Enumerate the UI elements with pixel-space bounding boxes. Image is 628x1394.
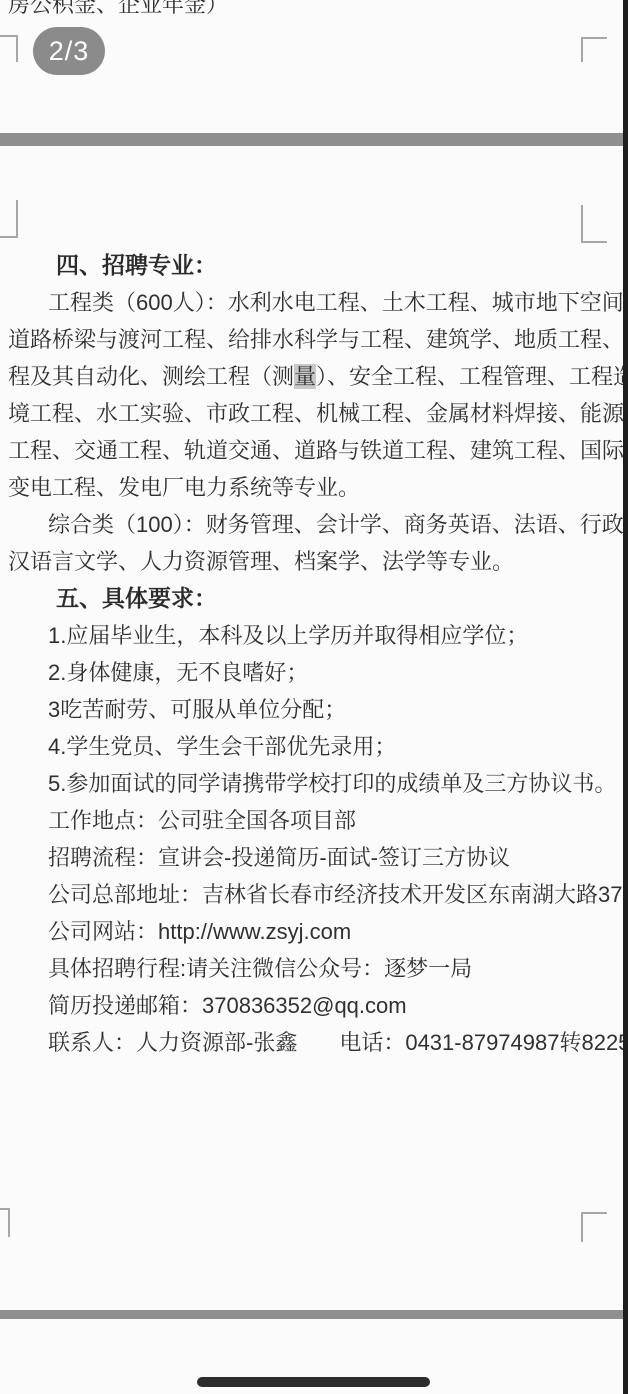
engineering-line3-pre: 程及其自动化、测绘工程（测 (8, 364, 294, 389)
margin-mark-page1-bottom-left-icon (0, 35, 18, 62)
margin-mark-page2-top-right-icon (581, 205, 607, 243)
engineering-paragraph-line: 境工程、水工实验、市政工程、机械工程、金属材料焊接、能源与动力 (0, 395, 628, 432)
engineering-paragraph-line: 道路桥梁与渡河工程、给排水科学与工程、建筑学、地质工程、电气工 (0, 321, 628, 358)
requirement-item: 4.学生党员、学生会干部优先录用； (0, 728, 628, 765)
page-indicator-badge: 2/3 (33, 27, 105, 75)
document-page: 四、招聘专业： 工程类（600人）：水利水电工程、土木工程、城市地下空间工程、 … (0, 247, 628, 1061)
page-separator-top (0, 133, 628, 146)
requirement-item: 5.参加面试的同学请携带学校打印的成绩单及三方协议书。 (0, 765, 628, 802)
requirement-item: 3吃苦耐劳、可服从单位分配； (0, 691, 628, 728)
requirement-item: 1.应届毕业生，本科及以上学历并取得相应学位； (0, 617, 628, 654)
comprehensive-paragraph-line: 汉语言文学、人力资源管理、档案学、法学等专业。 (0, 543, 628, 580)
section-majors-heading: 四、招聘专业： (0, 247, 628, 284)
home-indicator[interactable] (197, 1377, 430, 1387)
requirement-item: 2.身体健康，无不良嗜好； (0, 654, 628, 691)
comprehensive-paragraph-line: 综合类（100）：财务管理、会计学、商务英语、法语、行政管理、 (0, 506, 628, 543)
engineering-paragraph-line: 变电工程、发电厂电力系统等专业。 (0, 469, 628, 506)
page-separator-bottom (0, 1310, 628, 1319)
margin-mark-page2-bottom-right-icon (581, 1212, 607, 1242)
margin-mark-page2-bottom-left-icon (0, 1208, 10, 1237)
info-line-wechat-account: 具体招聘行程:请关注微信公众号：逐梦一局 (0, 950, 628, 987)
engineering-paragraph-line: 工程类（600人）：水利水电工程、土木工程、城市地下空间工程、 (0, 284, 628, 321)
info-line-hq-address: 公司总部地址：吉林省长春市经济技术开发区东南湖大路3799 (0, 876, 628, 913)
section-requirements-heading: 五、具体要求： (0, 580, 628, 617)
engineering-line3-post: ）、安全工程、工程管理、工程造价、环 (316, 364, 628, 389)
info-line-work-location: 工作地点：公司驻全国各项目部 (0, 802, 628, 839)
margin-mark-page1-bottom-right-icon (581, 37, 607, 62)
contact-phone: 电话：0431-87974987转8225 (339, 1024, 628, 1061)
margin-mark-page2-top-left-icon (0, 200, 18, 238)
right-edge-bar (623, 0, 628, 1394)
contact-line: 联系人：人力资源部-张鑫 电话：0431-87974987转8225 (0, 1024, 628, 1061)
info-line-resume-email: 简历投递邮箱：370836352@qq.com (0, 987, 628, 1024)
page-indicator-label: 2/3 (49, 36, 90, 67)
info-line-company-website: 公司网站：http://www.zsyj.com (0, 913, 628, 950)
engineering-line3-highlighted: 量 (294, 364, 316, 389)
engineering-paragraph-line: 程及其自动化、测绘工程（测量）、安全工程、工程管理、工程造价、环 (0, 358, 628, 395)
document-viewer-canvas[interactable]: 房公积金、企业年金） 2/3 四、招聘专业： 工程类（600人）：水利水电工程、… (0, 0, 628, 1394)
engineering-paragraph-line: 工程、交通工程、轨道交通、道路与铁道工程、建筑工程、国际工程、输 (0, 432, 628, 469)
contact-person: 联系人：人力资源部-张鑫 (48, 1024, 297, 1061)
info-line-recruit-process: 招聘流程：宣讲会-投递简历-面试-签订三方协议 (0, 839, 628, 876)
previous-page-clipped-text: 房公积金、企业年金） (8, 0, 228, 19)
